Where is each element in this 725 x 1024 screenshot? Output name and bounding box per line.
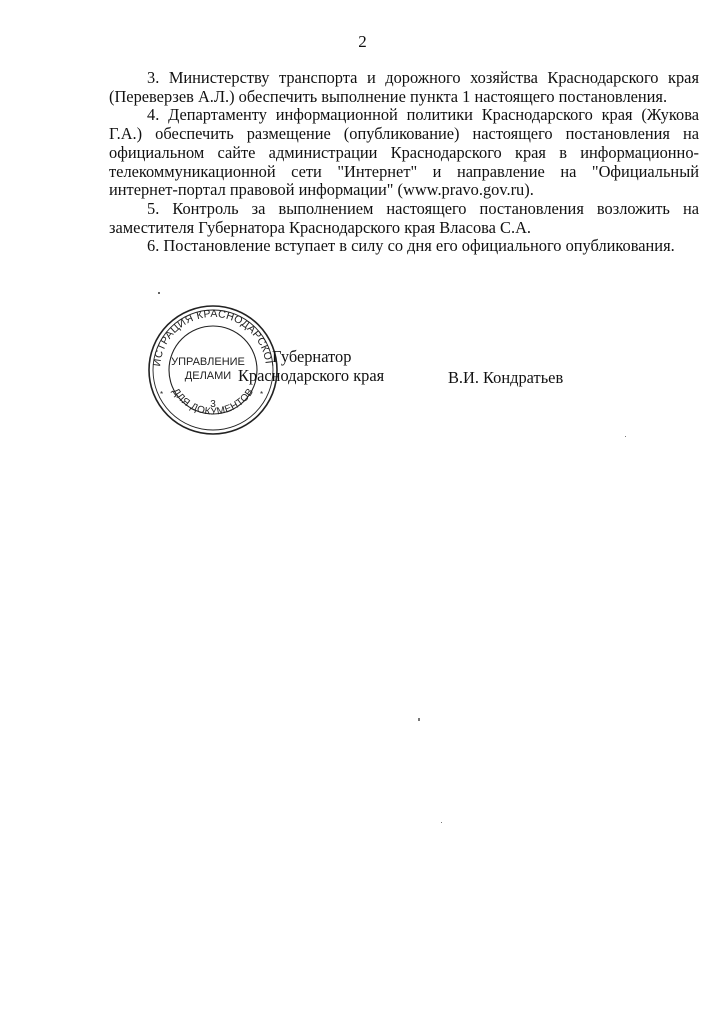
signatory-name: В.И. Кондратьев bbox=[448, 368, 563, 388]
stamp-star-right: * bbox=[260, 390, 263, 399]
stamp-center-line1: УПРАВЛЕНИЕ bbox=[171, 356, 245, 368]
scan-speck bbox=[625, 436, 626, 437]
stamp-star-left: * bbox=[160, 390, 163, 399]
paragraph-6: 6. Постановление вступает в силу со дня … bbox=[109, 237, 699, 256]
document-body: 3. Министерству транспорта и дорожного х… bbox=[109, 69, 699, 256]
signatory-position: Губернатор bbox=[238, 348, 384, 367]
scan-speck bbox=[441, 822, 442, 823]
scan-dot bbox=[158, 292, 160, 294]
paragraph-3: 3. Министерству транспорта и дорожного х… bbox=[109, 69, 699, 106]
stamp-center-line2: ДЕЛАМИ bbox=[185, 370, 231, 382]
scan-speck bbox=[418, 718, 420, 721]
page-number: 2 bbox=[0, 32, 725, 52]
paragraph-5: 5. Контроль за выполнением настоящего по… bbox=[109, 200, 699, 237]
paragraph-4: 4. Департаменту информационной политики … bbox=[109, 106, 699, 200]
stamp-number: 3 bbox=[210, 399, 216, 410]
signatory-title: Губернатор Краснодарского края bbox=[238, 348, 384, 385]
signatory-region: Краснодарского края bbox=[238, 367, 384, 386]
